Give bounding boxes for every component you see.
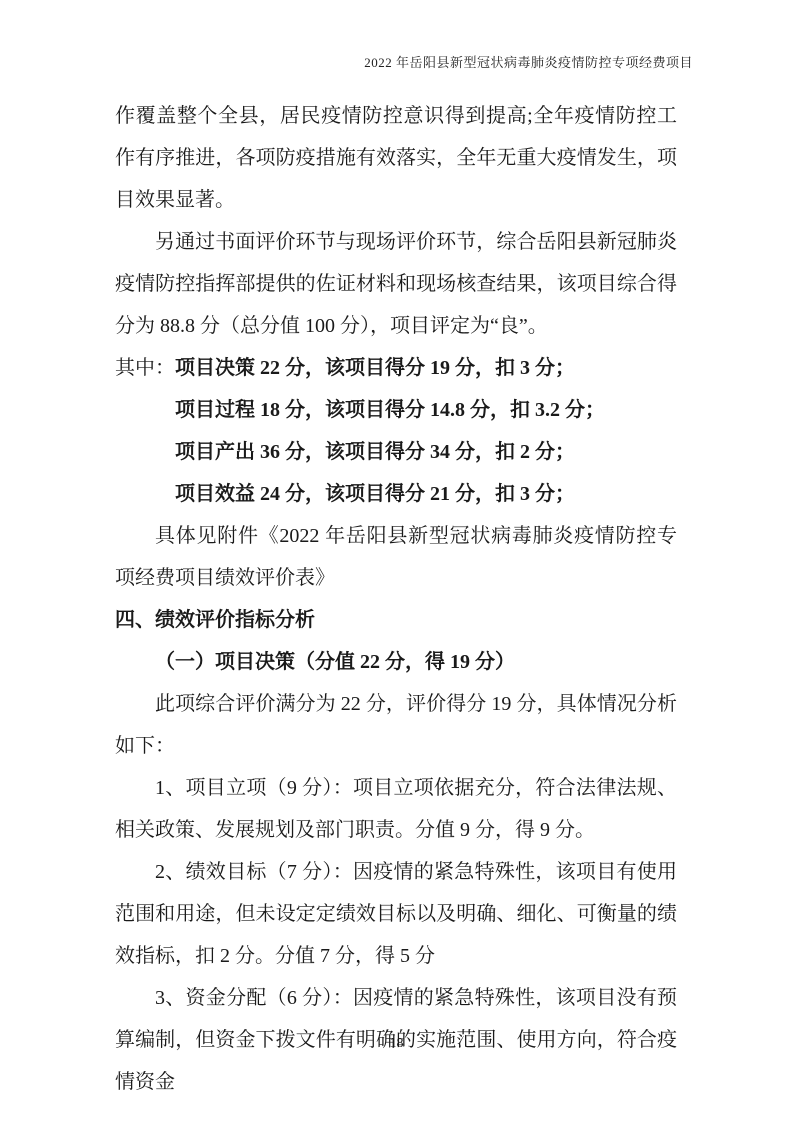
document-body: 作覆盖整个全县，居民疫情防控意识得到提高;全年疫情防控工作有序推进，各项防疫措施… — [115, 95, 677, 1103]
score-decision-text: 项目决策 22 分，该项目得分 19 分，扣 3 分； — [175, 357, 575, 379]
document-page: 2022 年岳阳县新型冠状病毒肺炎疫情防控专项经费项目 作覆盖整个全县，居民疫情… — [0, 0, 793, 1122]
qizhong-label: 其中： — [115, 357, 175, 379]
paragraph-item1-project-approval: 1、项目立项（9 分）：项目立项依据充分，符合法律法规、相关政策、发展规划及部门… — [115, 767, 677, 851]
score-breakdown-line-process: 项目过程 18 分，该项目得分 14.8 分，扣 3.2 分； — [115, 389, 677, 431]
section-heading-indicator-analysis: 四、绩效评价指标分析 — [115, 599, 677, 641]
page-number: 18 — [0, 1036, 793, 1052]
paragraph-decision-intro: 此项综合评价满分为 22 分，评价得分 19 分，具体情况分析如下： — [115, 683, 677, 767]
page-header-title: 2022 年岳阳县新型冠状病毒肺炎疫情防控专项经费项目 — [0, 52, 693, 71]
paragraph-attachment-reference: 具体见附件《2022 年岳阳县新型冠状病毒肺炎疫情防控专项经费项目绩效评价表》 — [115, 515, 677, 599]
subsection-heading-project-decision: （一）项目决策（分值 22 分，得 19 分） — [115, 641, 677, 683]
paragraph-conclusion-overflow: 作覆盖整个全县，居民疫情防控意识得到提高;全年疫情防控工作有序推进，各项防疫措施… — [115, 95, 677, 221]
score-breakdown-line-output: 项目产出 36 分，该项目得分 34 分，扣 2 分； — [115, 431, 677, 473]
paragraph-overall-score: 另通过书面评价环节与现场评价环节，综合岳阳县新冠肺炎疫情防控指挥部提供的佐证材料… — [115, 221, 677, 347]
paragraph-item2-performance-goal: 2、绩效目标（7 分）：因疫情的紧急特殊性，该项目有使用范围和用途，但未设定定绩… — [115, 851, 677, 977]
score-breakdown-line-decision: 其中：项目决策 22 分，该项目得分 19 分，扣 3 分； — [115, 347, 677, 389]
score-breakdown-line-benefit: 项目效益 24 分，该项目得分 21 分，扣 3 分； — [115, 473, 677, 515]
